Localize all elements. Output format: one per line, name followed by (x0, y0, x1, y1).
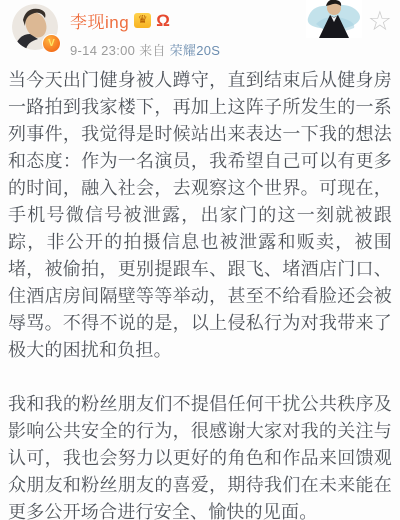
omega-badge-icon: Ω (156, 13, 170, 28)
thumbnail-image (306, 0, 362, 38)
source-prefix-label: 来自 (139, 43, 166, 58)
username[interactable]: 李现ing (70, 8, 129, 33)
post-meta: 9-14 23:00 来自 荣耀20S (70, 40, 220, 59)
weibo-post-screen: V 李现ing ♛ Ω 9-14 23:00 来自 荣耀20S (0, 0, 400, 520)
post-content: 当今天出门健身被人蹲守，直到结束后从健身房一路拍到我家楼下，再加上这阵子所发生的… (0, 63, 400, 520)
post-header: V 李现ing ♛ Ω 9-14 23:00 来自 荣耀20S (0, 0, 400, 63)
post-paragraph-1: 当今天出门健身被人蹲守，直到结束后从健身房一路拍到我家楼下，再加上这阵子所发生的… (8, 67, 392, 364)
verified-badge-icon: V (42, 34, 61, 53)
related-photo-thumbnail[interactable] (306, 0, 362, 38)
post-paragraph-2: 我和我的粉丝朋友们不提倡任何干扰公共秩序及影响公共安全的行为，很感谢大家对我的关… (8, 391, 392, 520)
star-favorite-icon[interactable]: ☆ (368, 2, 392, 40)
header-right: ☆ (306, 0, 392, 40)
author-block: 李现ing ♛ Ω 9-14 23:00 来自 荣耀20S (70, 8, 220, 59)
avatar[interactable]: V (12, 4, 58, 50)
membership-crown-icon: ♛ (134, 13, 151, 28)
source-device-link[interactable]: 荣耀20S (170, 43, 221, 58)
post-timestamp: 9-14 23:00 (70, 43, 135, 58)
